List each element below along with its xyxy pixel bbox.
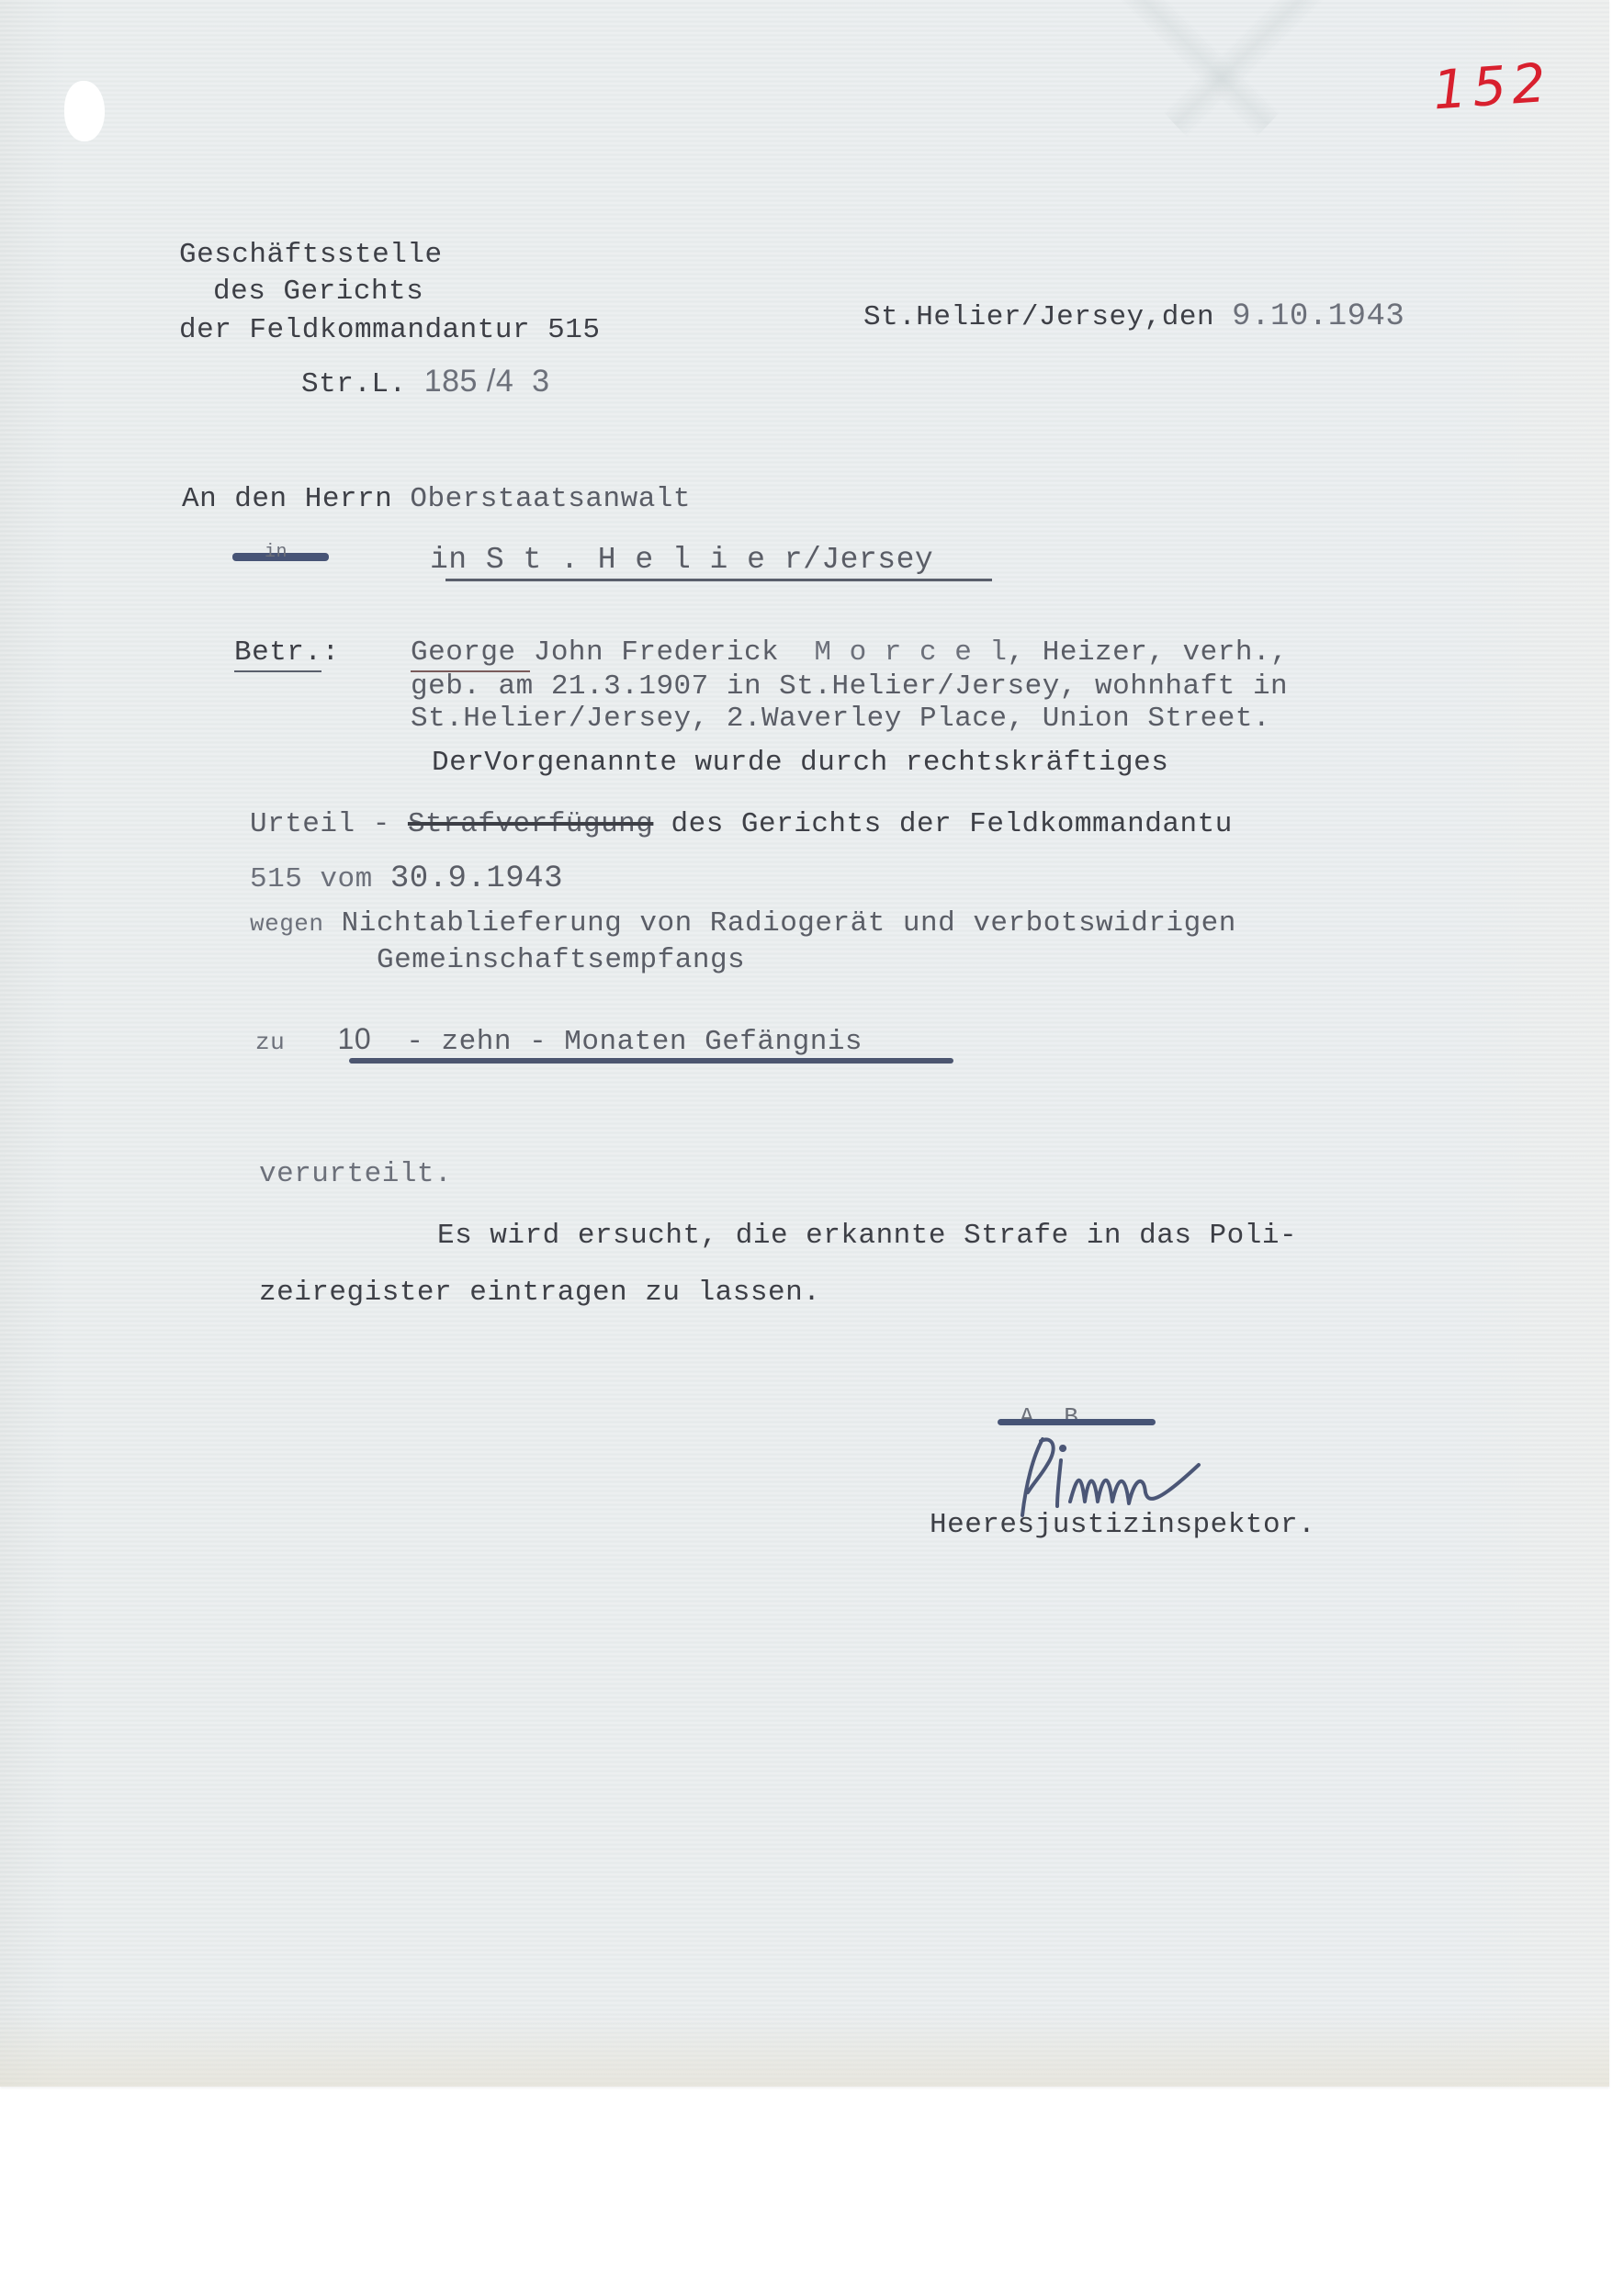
court-text: des Gerichts der Feldkommandantu <box>671 808 1233 840</box>
reason-line-1: wegen Nichtablieferung von Radiogerät un… <box>250 909 1236 938</box>
letterhead-line-1: Geschäftsstelle <box>179 241 443 269</box>
place: St.Helier/Jersey,den <box>863 301 1214 333</box>
punch-hole <box>64 81 105 141</box>
place-line: St.Helier/Jersey,den 9.10.1943 <box>863 301 1404 332</box>
judgment-date: 30.9.1943 <box>390 861 563 896</box>
reason-line-2: Gemeinschaftsempfangs <box>377 946 745 974</box>
defendant-surname: M o r c e l <box>814 636 1007 669</box>
request-line-2: zeiregister eintragen zu lassen. <box>259 1278 820 1307</box>
initials-strike-bar <box>998 1419 1156 1425</box>
reference-number: 185 /4 3 <box>424 364 550 399</box>
letterhead-unit-number: 515 <box>547 314 600 346</box>
fold-mark <box>1056 0 1387 156</box>
recipient-title: Oberstaatsanwalt <box>410 483 691 515</box>
reason-prefix: wegen <box>250 910 324 938</box>
verdict: verurteilt. <box>259 1160 452 1188</box>
judgment-date-line: 515 vom 30.9.1943 <box>250 863 563 895</box>
subject-line-1: George John Frederick M o r c e l, Heize… <box>411 638 1288 667</box>
subject-label-underline <box>234 670 321 672</box>
location-underline <box>445 579 992 581</box>
recipient-prefix: An den Herrn <box>182 483 392 515</box>
sentence-line: zu 10 - zehn - Monaten Gefängnis <box>255 1024 863 1056</box>
sentence-text: - zehn - Monaten Gefängnis <box>406 1026 863 1058</box>
sentence-prefix: zu <box>255 1029 285 1056</box>
judgment-word: Urteil - <box>250 808 390 840</box>
subject-label: Betr.: <box>234 638 340 667</box>
date: 9.10.1943 <box>1232 299 1404 334</box>
subject-line-2: geb. am 21.3.1907 in St.Helier/Jersey, w… <box>411 672 1288 701</box>
defendant-given-names: George John Frederick <box>411 636 779 669</box>
letterhead-line-3: der Feldkommandantur 515 <box>179 316 600 344</box>
subject-line-3: St.Helier/Jersey, 2.Waverley Place, Unio… <box>411 704 1270 733</box>
recipient-line: An den Herrn Oberstaatsanwalt <box>182 485 691 513</box>
document-page: 152 Geschäftsstelle des Gerichts der Fel… <box>0 0 1609 2087</box>
struck-strafverfuegung: Strafverfügung <box>408 808 653 840</box>
struck-initials: A. B. <box>1020 1405 1094 1429</box>
judgment-line: Urteil - Strafverfügung des Gerichts der… <box>250 810 1233 838</box>
sentence-underline <box>349 1058 953 1064</box>
reference-line: Str.L. 185 /4 3 <box>301 366 550 399</box>
reference-prefix: Str.L. <box>301 368 407 400</box>
court-number: 515 vom <box>250 863 373 895</box>
reason-text-1: Nichtablieferung von Radiogerät und verb… <box>342 907 1236 940</box>
handwritten-page-number: 152 <box>1431 51 1553 122</box>
struck-in-word: in <box>265 544 288 562</box>
letterhead-court-name: der Feldkommandantur <box>179 314 530 346</box>
defendant-details: , Heizer, verh., <box>1008 636 1289 669</box>
sentence-number: 10 <box>338 1022 372 1055</box>
body-intro: DerVorgenannte wurde durch rechtskräftig… <box>432 748 1168 777</box>
request-line-1: Es wird ersucht, die erkannte Strafe in … <box>437 1221 1297 1250</box>
signature-text: Böhm <box>1006 1428 1009 1429</box>
closing-title: Heeresjustizinspektor. <box>930 1511 1315 1539</box>
letterhead-line-2: des Gerichts <box>213 277 423 306</box>
recipient-location: in S t . H e l i e r/Jersey <box>430 545 933 575</box>
